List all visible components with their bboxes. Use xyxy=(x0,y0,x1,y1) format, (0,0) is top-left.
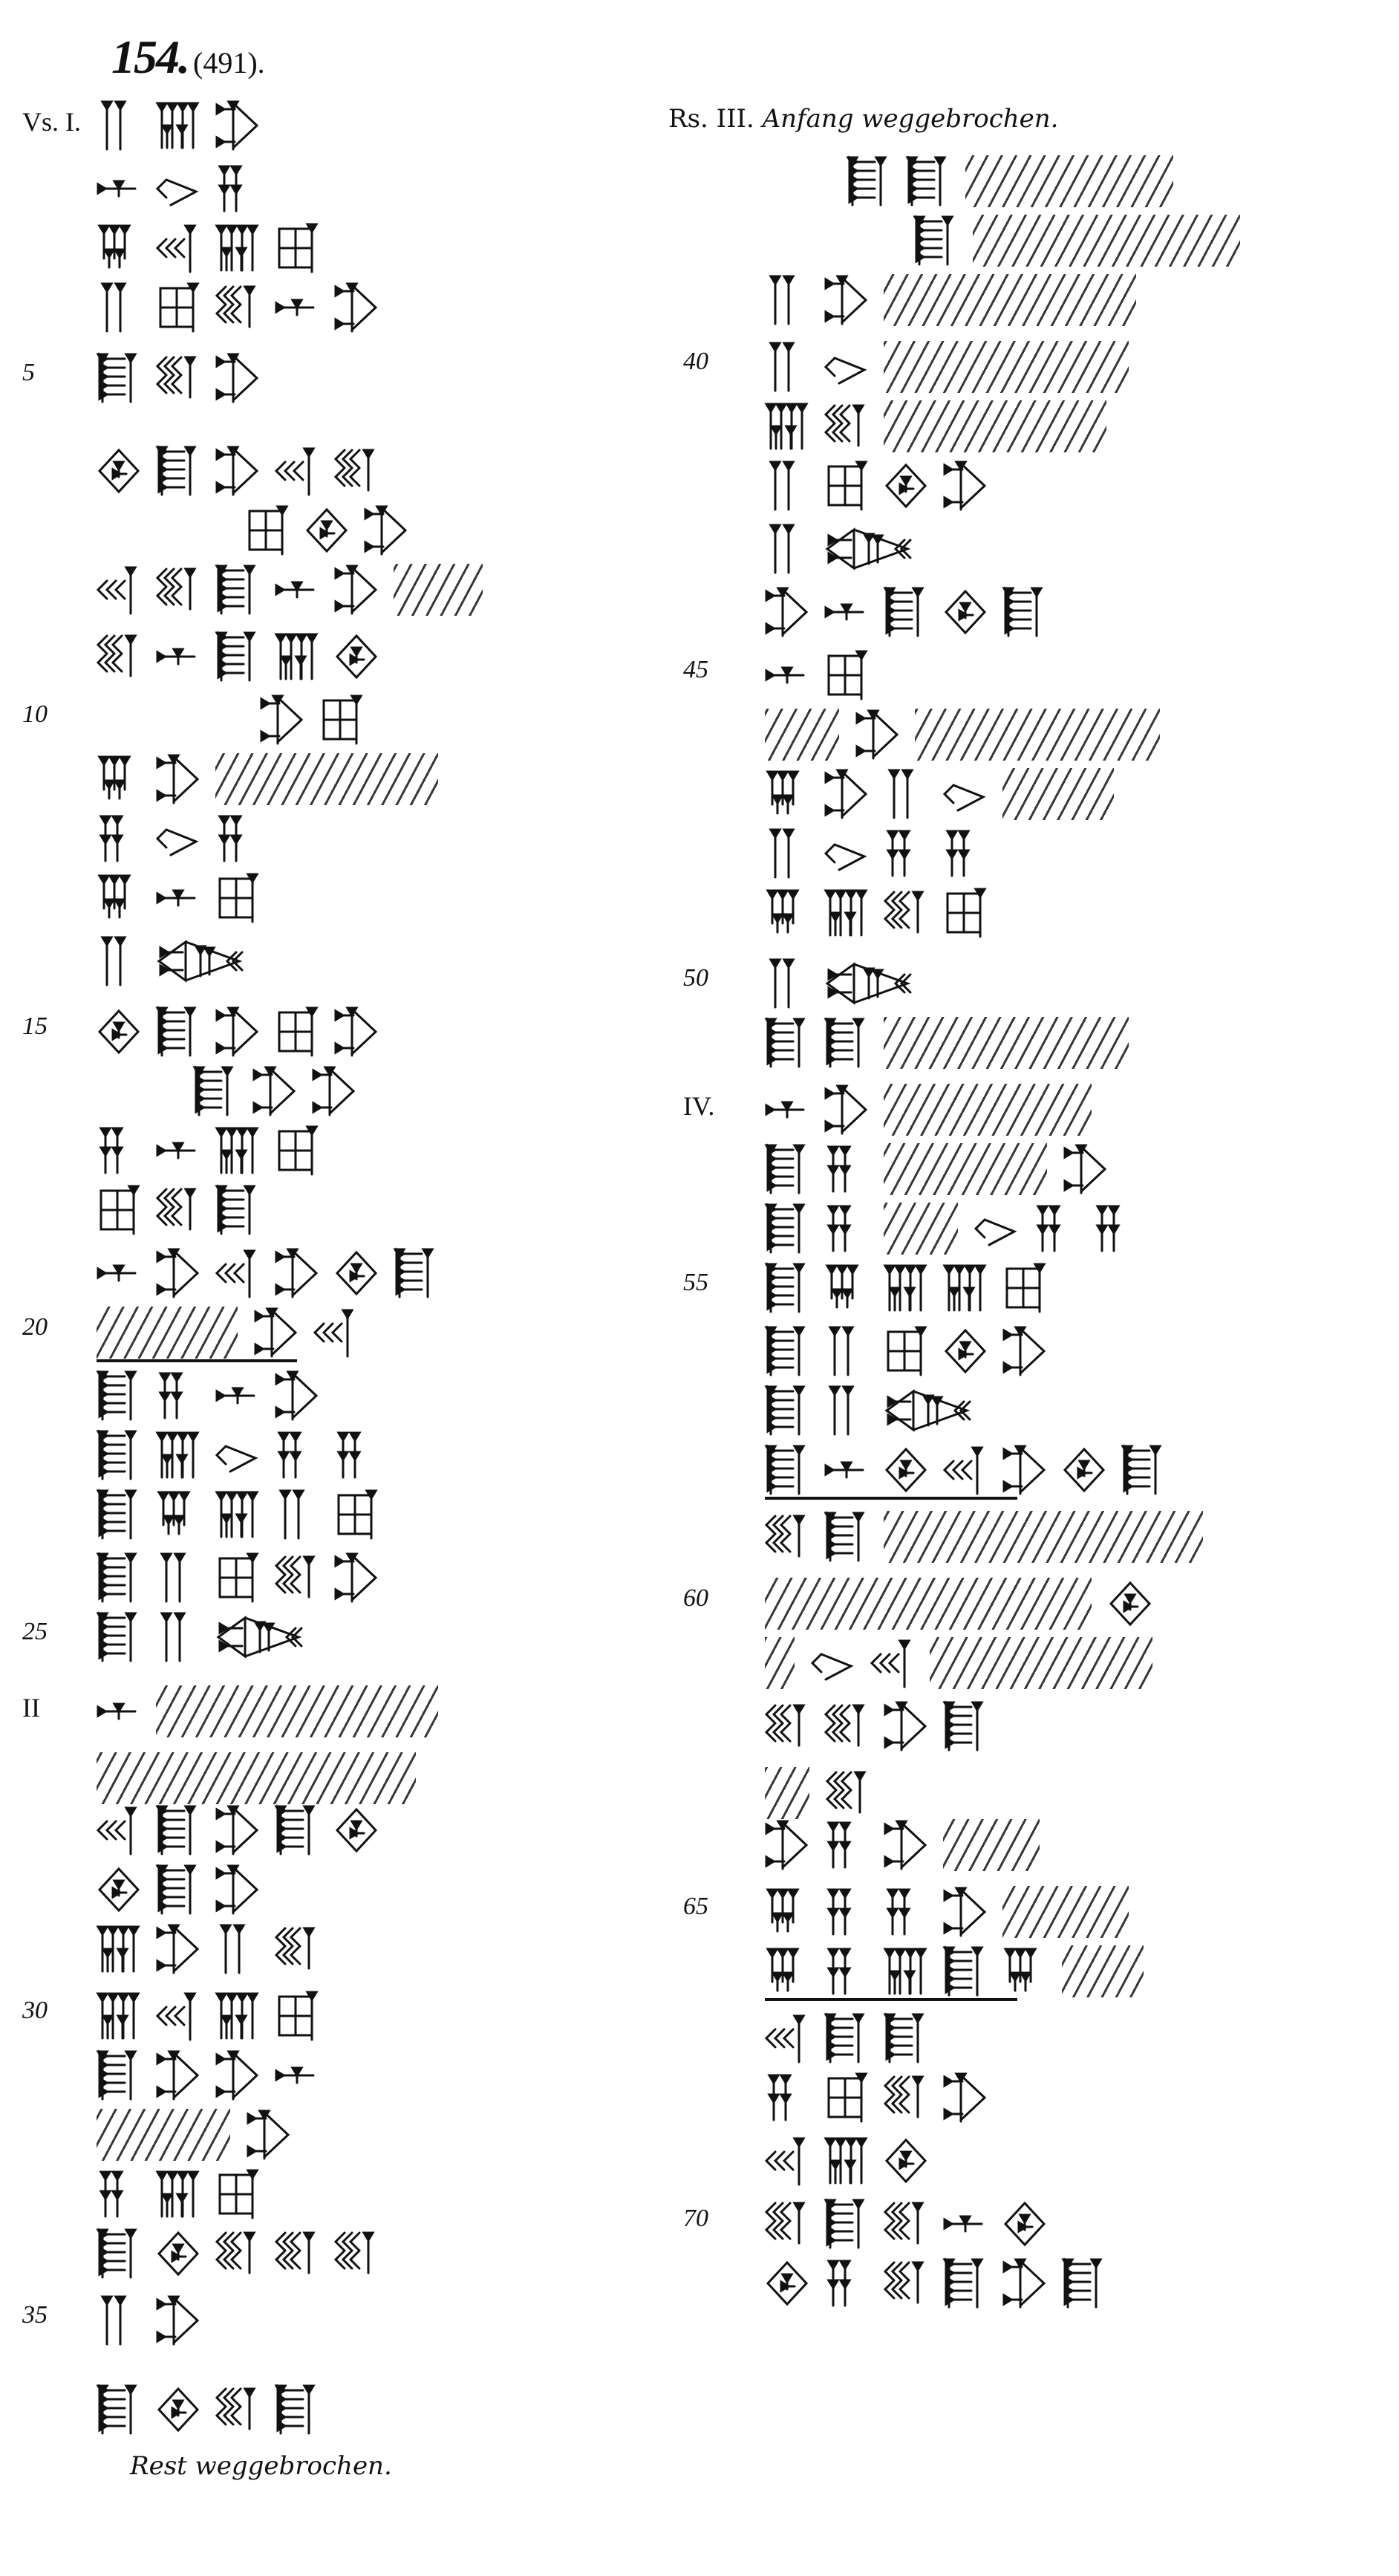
sign-sequence xyxy=(97,1124,318,1177)
sign-sequence xyxy=(765,1016,1129,1070)
cuneiform-sign-icon xyxy=(824,2257,867,2310)
obverse-column: Vs. I.510152025II3035 xyxy=(0,0,653,2576)
line-number-label: 35 xyxy=(22,2301,48,2329)
cuneiform-sign-icon xyxy=(97,1685,140,1738)
cuneiform-sign-icon xyxy=(312,1064,355,1118)
cuneiform-sign-icon xyxy=(334,1428,377,1482)
cuneiform-sign-icon xyxy=(275,221,318,275)
cuneiform-sign-icon xyxy=(275,1551,318,1604)
cuneiform-sign-icon xyxy=(1002,585,1046,639)
cuneiform-sign-icon xyxy=(884,1700,927,1753)
cuneiform-sign-icon xyxy=(215,1246,258,1300)
cuneiform-sign-icon xyxy=(824,1016,867,1070)
cuneiform-sign-icon xyxy=(765,648,808,702)
tablet-line-11 xyxy=(97,749,438,809)
broken-area-hatching xyxy=(884,341,1129,393)
cuneiform-sign-icon xyxy=(943,1945,986,1998)
tablet-line-65 xyxy=(765,1815,1040,1875)
cuneiform-sign-icon xyxy=(156,2294,199,2347)
sign-sequence xyxy=(97,2167,258,2221)
cuneiform-sign-icon xyxy=(156,752,199,806)
broken-area-hatching xyxy=(884,400,1106,452)
cuneiform-sign-icon xyxy=(824,827,867,880)
tablet-line-3 xyxy=(97,218,318,278)
sign-sequence xyxy=(765,708,1160,761)
tablet-line-24 xyxy=(97,1548,377,1607)
cuneiform-sign-icon xyxy=(156,1551,199,1604)
sign-sequence xyxy=(765,1818,1040,1872)
sign-sequence xyxy=(765,340,1129,394)
sign-sequence xyxy=(765,1324,1046,1378)
broken-area-hatching xyxy=(1062,1945,1144,1997)
cuneiform-sign-icon xyxy=(824,1700,867,1753)
cuneiform-sign-icon xyxy=(334,1488,377,1541)
cuneiform-sign-icon xyxy=(97,934,140,988)
sign-sequence xyxy=(97,444,377,498)
sign-sequence xyxy=(97,1551,377,1604)
tablet-line-31 xyxy=(97,1986,318,2046)
sign-sequence xyxy=(765,459,986,513)
reverse-column: 404550IV.55606570 xyxy=(668,0,1399,2576)
cuneiform-sign-icon xyxy=(215,99,258,152)
sign-sequence xyxy=(765,1083,1092,1136)
cuneiform-sign-icon xyxy=(97,1922,140,1976)
cuneiform-sign-icon xyxy=(884,886,927,940)
tablet-line-23 xyxy=(97,1485,377,1544)
sign-sequence xyxy=(765,648,867,702)
sign-sequence xyxy=(765,1766,869,1820)
cuneiform-sign-icon xyxy=(97,563,140,617)
cuneiform-sign-icon xyxy=(156,1863,199,1916)
cuneiform-sign-icon xyxy=(275,1989,318,2043)
tablet-line-68 xyxy=(765,2009,927,2068)
broken-area-hatching xyxy=(1002,1886,1129,1938)
cuneiform-sign-icon xyxy=(156,1124,199,1177)
cuneiform-sign-icon xyxy=(974,1202,1017,1255)
line-number-label: 30 xyxy=(22,1997,48,2025)
sign-sequence xyxy=(97,281,377,334)
cuneiform-sign-icon xyxy=(215,1183,258,1237)
cuneiform-sign-icon xyxy=(943,827,986,880)
cuneiform-sign-icon xyxy=(334,2227,377,2280)
broken-area-hatching xyxy=(884,274,1136,326)
cuneiform-sign-icon xyxy=(824,1885,867,1939)
cuneiform-sign-icon xyxy=(765,767,808,821)
tablet-line-57 xyxy=(765,1321,1046,1381)
sign-sequence xyxy=(765,1384,973,1437)
broken-area-hatching xyxy=(97,1307,238,1359)
cuneiform-sign-icon xyxy=(765,2257,808,2310)
cuneiform-sign-icon xyxy=(97,1183,140,1237)
broken-area-hatching xyxy=(97,2109,230,2161)
tablet-line-13 xyxy=(97,868,258,928)
cuneiform-sign-icon xyxy=(884,1818,927,1872)
sign-sequence xyxy=(97,2294,199,2347)
sign-sequence xyxy=(765,767,1114,821)
tablet-line-64 xyxy=(765,1763,869,1823)
tablet-line-2 xyxy=(97,159,258,218)
cuneiform-sign-icon xyxy=(247,2108,290,2162)
sign-sequence xyxy=(765,400,1106,453)
cuneiform-sign-icon xyxy=(824,2134,867,2188)
tablet-line-38 xyxy=(847,152,1173,211)
cuneiform-sign-icon xyxy=(334,563,377,617)
cuneiform-sign-icon xyxy=(156,1369,199,1422)
sign-sequence xyxy=(765,1577,1151,1630)
cuneiform-sign-icon xyxy=(97,444,140,498)
broken-area-hatching xyxy=(884,1084,1092,1136)
cuneiform-sign-icon xyxy=(765,2197,808,2251)
sign-sequence xyxy=(765,1202,1136,1255)
tablet-line-10 xyxy=(260,690,362,749)
sign-sequence xyxy=(97,871,258,925)
cuneiform-sign-icon xyxy=(824,1443,867,1497)
cuneiform-sign-icon xyxy=(215,1551,258,1604)
tablet-line-42 xyxy=(765,397,1106,456)
cuneiform-sign-icon xyxy=(215,1124,258,1177)
sign-sequence xyxy=(765,2134,927,2188)
cuneiform-sign-icon xyxy=(156,1610,199,1664)
cuneiform-sign-icon xyxy=(765,340,808,394)
cuneiform-sign-icon xyxy=(254,1306,297,1359)
tablet-line-69 xyxy=(765,2068,986,2127)
cuneiform-sign-icon xyxy=(943,585,986,639)
cuneiform-sign-icon xyxy=(824,2071,867,2124)
cuneiform-sign-icon xyxy=(824,2197,867,2251)
cuneiform-sign-icon xyxy=(97,162,140,215)
cuneiform-sign-icon xyxy=(215,1005,258,1058)
sign-sequence xyxy=(765,2071,986,2124)
cuneiform-sign-icon xyxy=(275,1124,318,1177)
cuneiform-sign-icon xyxy=(394,1246,437,1300)
sign-sequence xyxy=(765,2011,927,2065)
tablet-line-61 xyxy=(765,1574,1151,1633)
tablet-line-22 xyxy=(97,1425,377,1485)
cuneiform-sign-icon xyxy=(156,1005,199,1058)
cuneiform-sign-icon xyxy=(215,351,258,405)
cuneiform-sign-icon xyxy=(156,162,199,215)
cuneiform-sign-icon xyxy=(97,2049,140,2102)
cuneiform-sign-icon xyxy=(824,648,867,702)
cuneiform-sign-icon xyxy=(97,99,140,152)
sign-sequence xyxy=(765,522,913,576)
cuneiform-sign-icon xyxy=(215,1428,258,1482)
sign-sequence xyxy=(97,351,258,405)
cuneiform-sign-icon xyxy=(260,693,303,747)
sign-sequence xyxy=(765,1700,986,1753)
sign-sequence xyxy=(913,214,1240,267)
cuneiform-sign-icon xyxy=(215,812,258,865)
tablet-line-19 xyxy=(97,1243,437,1303)
cuneiform-sign-icon xyxy=(765,1202,808,1255)
cuneiform-sign-icon xyxy=(156,1183,199,1237)
tablet-line-34 xyxy=(97,2164,258,2224)
tablet-line-48 xyxy=(765,764,1114,824)
cuneiform-sign-icon xyxy=(765,827,808,880)
tablet-line-51 xyxy=(765,954,913,1013)
cuneiform-sign-icon xyxy=(765,1142,808,1196)
cuneiform-sign-icon xyxy=(97,2294,140,2347)
cuneiform-sign-icon xyxy=(156,934,245,988)
sign-sequence xyxy=(97,563,483,617)
cuneiform-sign-icon xyxy=(215,2383,258,2436)
line-number-label: Vs. I. xyxy=(22,106,81,137)
cuneiform-sign-icon xyxy=(884,1261,927,1315)
sign-sequence xyxy=(97,2049,318,2102)
cuneiform-sign-icon xyxy=(824,1945,867,1998)
cuneiform-sign-icon xyxy=(884,2257,927,2310)
cuneiform-sign-icon xyxy=(334,1246,377,1300)
sign-sequence xyxy=(97,162,258,215)
sign-sequence xyxy=(97,630,377,683)
sign-sequence xyxy=(97,1752,416,1804)
cuneiform-sign-icon xyxy=(824,522,913,576)
cuneiform-sign-icon xyxy=(215,1369,258,1422)
cuneiform-sign-icon xyxy=(943,2257,986,2310)
cuneiform-sign-icon xyxy=(1002,1261,1046,1315)
cuneiform-sign-icon xyxy=(765,1885,808,1939)
cuneiform-sign-icon xyxy=(275,1369,318,1422)
broken-area-hatching xyxy=(884,1511,1203,1563)
cuneiform-sign-icon xyxy=(97,1488,140,1541)
tablet-line-66 xyxy=(765,1882,1129,1942)
tablet-line-39 xyxy=(913,211,1240,270)
sign-sequence xyxy=(765,886,986,940)
cuneiform-sign-icon xyxy=(765,2134,808,2188)
cuneiform-sign-icon xyxy=(884,767,927,821)
cuneiform-sign-icon xyxy=(913,214,956,267)
cuneiform-sign-icon xyxy=(884,2011,927,2065)
cuneiform-sign-icon xyxy=(215,2049,258,2102)
cuneiform-sign-icon xyxy=(884,459,927,513)
cuneiform-sign-icon xyxy=(156,444,199,498)
cuneiform-sign-icon xyxy=(97,1610,140,1664)
sign-sequence xyxy=(97,99,258,152)
cuneiform-sign-icon xyxy=(215,162,258,215)
tablet-line-18 xyxy=(97,1180,258,1240)
line-number-label: II xyxy=(22,1692,40,1723)
cuneiform-sign-icon xyxy=(215,2167,258,2221)
cuneiform-sign-icon xyxy=(943,886,986,940)
cuneiform-sign-icon xyxy=(870,1636,913,1690)
cuneiform-sign-icon xyxy=(826,1766,869,1820)
cuneiform-sign-icon xyxy=(156,1488,199,1541)
tablet-line-46 xyxy=(765,645,867,705)
sign-sequence xyxy=(847,155,1173,208)
cuneiform-sign-icon xyxy=(215,1989,258,2043)
cuneiform-sign-icon xyxy=(97,630,140,683)
sign-sequence xyxy=(193,1064,355,1118)
cuneiform-sign-icon xyxy=(215,444,258,498)
tablet-line-63 xyxy=(765,1697,986,1756)
sign-sequence xyxy=(97,1369,318,1422)
cuneiform-sign-icon xyxy=(97,1428,140,1482)
cuneiform-sign-icon xyxy=(275,2383,318,2436)
cuneiform-sign-icon xyxy=(943,1324,986,1378)
cuneiform-sign-icon xyxy=(824,1818,867,1872)
sign-sequence xyxy=(97,1610,304,1664)
cuneiform-sign-icon xyxy=(275,1488,318,1541)
tablet-line-67 xyxy=(765,1942,1144,2001)
ruling-line xyxy=(765,1497,1017,1500)
line-number-label: 25 xyxy=(22,1618,48,1646)
cuneiform-sign-icon xyxy=(156,1803,199,1857)
tablet-line-5 xyxy=(97,348,258,408)
cuneiform-sign-icon xyxy=(824,1324,867,1378)
tablet-line-49 xyxy=(765,824,986,883)
cuneiform-sign-icon xyxy=(765,1083,808,1136)
tablet-line-33 xyxy=(97,2105,290,2164)
tablet-line-50 xyxy=(765,883,986,943)
cuneiform-sign-icon xyxy=(765,1324,808,1378)
sign-sequence xyxy=(765,273,1136,327)
line-number-label: 10 xyxy=(22,700,48,729)
cuneiform-sign-icon xyxy=(156,812,199,865)
cuneiform-sign-icon xyxy=(1121,1443,1164,1497)
cuneiform-sign-icon xyxy=(765,1700,808,1753)
cuneiform-sign-icon xyxy=(765,459,808,513)
cuneiform-sign-icon xyxy=(156,563,199,617)
tablet-line-8 xyxy=(97,560,483,619)
cuneiform-sign-icon xyxy=(156,351,199,405)
cuneiform-sign-icon xyxy=(97,2167,140,2221)
cuneiform-sign-icon xyxy=(1002,1443,1046,1497)
cuneiform-sign-icon xyxy=(275,2227,318,2280)
cuneiform-sign-icon xyxy=(884,2197,927,2251)
cuneiform-sign-icon xyxy=(156,221,199,275)
tablet-line-14 xyxy=(97,931,245,991)
cuneiform-sign-icon xyxy=(97,351,140,405)
cuneiform-sign-icon xyxy=(765,957,808,1010)
broken-area-hatching xyxy=(930,1637,1152,1689)
cuneiform-sign-icon xyxy=(275,1246,318,1300)
cuneiform-sign-icon xyxy=(215,2227,258,2280)
tablet-line-45 xyxy=(765,582,1046,642)
line-number-label: 5 xyxy=(22,359,35,387)
cuneiform-sign-icon xyxy=(215,221,258,275)
broken-area-hatching xyxy=(884,1203,958,1255)
cuneiform-sign-icon xyxy=(304,504,348,557)
cuneiform-sign-icon xyxy=(97,221,140,275)
tablet-line-44 xyxy=(765,519,913,579)
sign-sequence xyxy=(97,812,258,865)
cuneiform-sign-icon xyxy=(97,1989,140,2043)
cuneiform-sign-icon xyxy=(824,957,913,1010)
line-number-label: 45 xyxy=(683,656,708,684)
cuneiform-sign-icon xyxy=(765,1510,808,1564)
tablet-line-43 xyxy=(765,456,986,515)
sign-sequence xyxy=(765,585,1046,639)
cuneiform-sign-icon xyxy=(1062,1443,1105,1497)
ruling-line xyxy=(765,1998,1017,2001)
tablet-line-26 xyxy=(97,1682,438,1741)
tablet-line-36 xyxy=(97,2291,199,2350)
cuneiform-sign-icon xyxy=(943,2071,986,2124)
cuneiform-sign-icon xyxy=(97,1803,140,1857)
cuneiform-sign-icon xyxy=(1034,1202,1077,1255)
cuneiform-sign-icon xyxy=(824,340,867,394)
sign-sequence xyxy=(97,2383,318,2436)
broken-area-hatching xyxy=(215,753,438,805)
cuneiform-sign-icon xyxy=(765,1443,808,1497)
cuneiform-sign-icon xyxy=(275,563,318,617)
cuneiform-sign-icon xyxy=(215,1863,258,1916)
cuneiform-sign-icon xyxy=(97,1863,140,1916)
cuneiform-sign-icon xyxy=(97,871,140,925)
cuneiform-sign-icon xyxy=(855,708,899,761)
cuneiform-sign-icon xyxy=(943,1700,986,1753)
cuneiform-sign-icon xyxy=(765,2011,808,2065)
line-number-label: 55 xyxy=(683,1269,708,1297)
sign-sequence xyxy=(245,504,407,557)
cuneiform-sign-icon xyxy=(275,1922,318,1976)
sign-sequence xyxy=(765,1510,1203,1564)
sign-sequence xyxy=(97,1428,377,1482)
cuneiform-sign-icon xyxy=(97,281,140,334)
cuneiform-sign-icon xyxy=(97,2383,140,2436)
cuneiform-sign-icon xyxy=(824,2011,867,2065)
cuneiform-sign-icon xyxy=(156,630,199,683)
tablet-line-1 xyxy=(97,96,258,155)
cuneiform-sign-icon xyxy=(97,752,140,806)
cuneiform-sign-icon xyxy=(334,1803,377,1857)
cuneiform-sign-icon xyxy=(156,1246,199,1300)
broken-area-hatching xyxy=(765,1637,795,1689)
cuneiform-sign-icon xyxy=(156,2049,199,2102)
broken-area-hatching xyxy=(156,1685,438,1737)
cuneiform-sign-icon xyxy=(97,2227,140,2280)
cuneiform-sign-icon xyxy=(1093,1202,1136,1255)
broken-area-hatching xyxy=(97,1752,416,1804)
broken-area-hatching xyxy=(884,1143,1047,1195)
cuneiform-sign-icon xyxy=(313,1306,356,1359)
cuneiform-sign-icon xyxy=(215,1803,258,1857)
cuneiform-sign-icon xyxy=(824,1083,867,1136)
cuneiform-sign-icon xyxy=(943,767,986,821)
line-number-label: 15 xyxy=(22,1012,48,1041)
line-number-label: 20 xyxy=(22,1313,48,1341)
sign-sequence xyxy=(765,1261,1046,1315)
line-number-label: 40 xyxy=(683,348,708,376)
line-number-label: 65 xyxy=(683,1893,708,1921)
cuneiform-sign-icon xyxy=(884,1885,927,1939)
cuneiform-sign-icon xyxy=(824,767,867,821)
cuneiform-sign-icon xyxy=(156,2167,199,2221)
cuneiform-sign-icon xyxy=(1062,2257,1105,2310)
tablet-line-71 xyxy=(765,2194,1046,2254)
cuneiform-sign-icon xyxy=(252,1064,296,1118)
cuneiform-sign-icon xyxy=(334,444,377,498)
cuneiform-sign-icon xyxy=(1063,1142,1106,1196)
cuneiform-sign-icon xyxy=(765,1945,808,1998)
cuneiform-sign-icon xyxy=(97,1124,140,1177)
sign-sequence xyxy=(97,1005,377,1058)
cuneiform-sign-icon xyxy=(319,693,362,747)
cuneiform-sign-icon xyxy=(334,630,377,683)
cuneiform-sign-icon xyxy=(824,886,867,940)
cuneiform-sign-icon xyxy=(97,1246,140,1300)
tablet-line-9 xyxy=(97,627,377,686)
cuneiform-sign-icon xyxy=(275,1803,318,1857)
sign-sequence xyxy=(97,1863,258,1916)
cuneiform-sign-icon xyxy=(824,1142,867,1196)
cuneiform-sign-icon xyxy=(156,1922,199,1976)
cuneiform-sign-icon xyxy=(334,1005,377,1058)
sign-sequence xyxy=(765,1636,1152,1690)
cuneiform-sign-icon xyxy=(97,1551,140,1604)
cuneiform-sign-icon xyxy=(97,1005,140,1058)
broken-area-hatching xyxy=(765,709,839,761)
